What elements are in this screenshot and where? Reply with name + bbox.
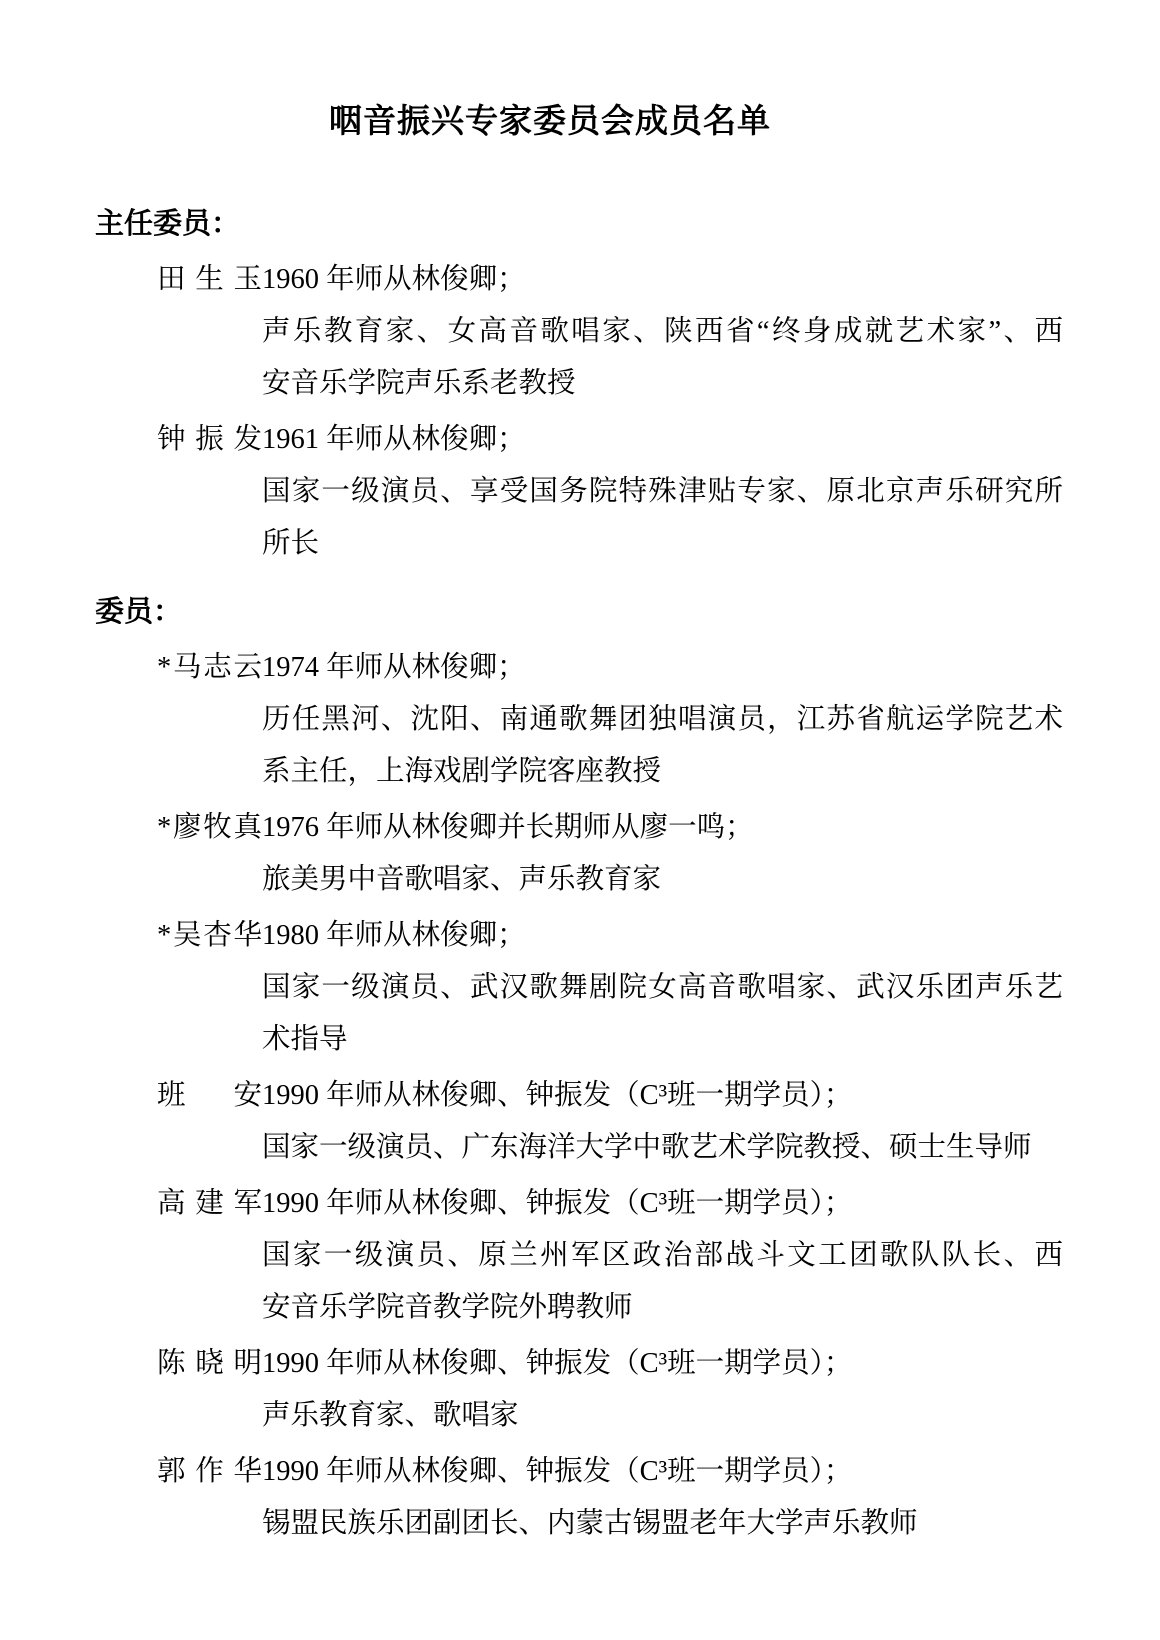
member-description-line: 安音乐学院声乐系老教授 bbox=[262, 358, 1063, 410]
member-description-line: 系主任，上海戏剧学院客座教授 bbox=[262, 746, 1063, 798]
committee-section: 委员： *马志云 1974 年师从林俊卿； 历任黑河、沈阳、南通歌舞团独唱演员，… bbox=[0, 586, 1160, 1550]
member-details: 1980 年师从林俊卿； 国家一级演员、武汉歌舞剧院女高音歌唱家、武汉乐团声乐艺… bbox=[262, 910, 1063, 1066]
member-name: *廖牧真 bbox=[157, 802, 262, 854]
member-study-line: 1990 年师从林俊卿、钟振发（C³班一期学员）； bbox=[262, 1446, 1063, 1498]
member-description-line: 国家一级演员、广东海洋大学中歌艺术学院教授、硕士生导师 bbox=[262, 1122, 1063, 1174]
member-name: 郭作华 bbox=[157, 1446, 262, 1498]
member-study-line: 1990 年师从林俊卿、钟振发（C³班一期学员）； bbox=[262, 1178, 1063, 1230]
member-details: 1960 年师从林俊卿； 声乐教育家、女高音歌唱家、陕西省“终身成就艺术家”、西… bbox=[262, 254, 1063, 410]
member-entry: *马志云 1974 年师从林俊卿； 历任黑河、沈阳、南通歌舞团独唱演员，江苏省航… bbox=[157, 642, 1160, 798]
member-description-line: 国家一级演员、武汉歌舞剧院女高音歌唱家、武汉乐团声乐艺 bbox=[262, 962, 1063, 1014]
member-study-line: 1961 年师从林俊卿； bbox=[262, 414, 1063, 466]
member-description-line: 声乐教育家、歌唱家 bbox=[262, 1390, 1063, 1442]
member-entry: 郭作华 1990 年师从林俊卿、钟振发（C³班一期学员）； 锡盟民族乐团副团长、… bbox=[157, 1446, 1160, 1550]
member-description-line: 声乐教育家、女高音歌唱家、陕西省“终身成就艺术家”、西 bbox=[262, 306, 1063, 358]
member-description-line: 国家一级演员、享受国务院特殊津贴专家、原北京声乐研究所 bbox=[262, 466, 1063, 518]
member-name: 田生玉 bbox=[157, 254, 262, 306]
committee-section: 主任委员： 田生玉 1960 年师从林俊卿； 声乐教育家、女高音歌唱家、陕西省“… bbox=[0, 198, 1160, 570]
member-description-line: 所长 bbox=[262, 518, 1063, 570]
member-study-line: 1976 年师从林俊卿并长期师从廖一鸣； bbox=[262, 802, 1063, 854]
member-study-line: 1974 年师从林俊卿； bbox=[262, 642, 1063, 694]
member-name: 高建军 bbox=[157, 1178, 262, 1230]
page-title: 咽音振兴专家委员会成员名单 bbox=[0, 0, 1100, 140]
member-name: *马志云 bbox=[157, 642, 262, 694]
member-study-line: 1980 年师从林俊卿； bbox=[262, 910, 1063, 962]
member-description-line: 旅美男中音歌唱家、声乐教育家 bbox=[262, 854, 1063, 906]
member-description-line: 国家一级演员、原兰州军区政治部战斗文工团歌队队长、西 bbox=[262, 1230, 1063, 1282]
member-entry: *吴杏华 1980 年师从林俊卿； 国家一级演员、武汉歌舞剧院女高音歌唱家、武汉… bbox=[157, 910, 1160, 1066]
document-page: 咽音振兴专家委员会成员名单 主任委员： 田生玉 1960 年师从林俊卿； 声乐教… bbox=[0, 0, 1160, 1640]
member-description-line: 术指导 bbox=[262, 1014, 1063, 1066]
member-entry: 陈晓明 1990 年师从林俊卿、钟振发（C³班一期学员）； 声乐教育家、歌唱家 bbox=[157, 1338, 1160, 1442]
member-details: 1974 年师从林俊卿； 历任黑河、沈阳、南通歌舞团独唱演员，江苏省航运学院艺术… bbox=[262, 642, 1063, 798]
member-details: 1990 年师从林俊卿、钟振发（C³班一期学员）； 国家一级演员、广东海洋大学中… bbox=[262, 1070, 1063, 1174]
member-entry: 班 安 1990 年师从林俊卿、钟振发（C³班一期学员）； 国家一级演员、广东海… bbox=[157, 1070, 1160, 1174]
member-details: 1990 年师从林俊卿、钟振发（C³班一期学员）； 声乐教育家、歌唱家 bbox=[262, 1338, 1063, 1442]
section-entries: 田生玉 1960 年师从林俊卿； 声乐教育家、女高音歌唱家、陕西省“终身成就艺术… bbox=[0, 254, 1160, 570]
member-details: 1961 年师从林俊卿； 国家一级演员、享受国务院特殊津贴专家、原北京声乐研究所… bbox=[262, 414, 1063, 570]
member-name: 班 安 bbox=[157, 1070, 262, 1122]
section-entries: *马志云 1974 年师从林俊卿； 历任黑河、沈阳、南通歌舞团独唱演员，江苏省航… bbox=[0, 642, 1160, 1550]
member-description-line: 锡盟民族乐团副团长、内蒙古锡盟老年大学声乐教师 bbox=[262, 1498, 1063, 1550]
member-name: 陈晓明 bbox=[157, 1338, 262, 1390]
member-description-line: 历任黑河、沈阳、南通歌舞团独唱演员，江苏省航运学院艺术 bbox=[262, 694, 1063, 746]
member-name: 钟振发 bbox=[157, 414, 262, 466]
member-entry: *廖牧真 1976 年师从林俊卿并长期师从廖一鸣； 旅美男中音歌唱家、声乐教育家 bbox=[157, 802, 1160, 906]
member-study-line: 1990 年师从林俊卿、钟振发（C³班一期学员）； bbox=[262, 1070, 1063, 1122]
member-entry: 田生玉 1960 年师从林俊卿； 声乐教育家、女高音歌唱家、陕西省“终身成就艺术… bbox=[157, 254, 1160, 410]
member-name: *吴杏华 bbox=[157, 910, 262, 962]
member-list: 主任委员： 田生玉 1960 年师从林俊卿； 声乐教育家、女高音歌唱家、陕西省“… bbox=[0, 198, 1160, 1550]
member-study-line: 1990 年师从林俊卿、钟振发（C³班一期学员）； bbox=[262, 1338, 1063, 1390]
section-header: 主任委员： bbox=[95, 198, 1160, 250]
member-description-line: 安音乐学院音教学院外聘教师 bbox=[262, 1282, 1063, 1334]
section-header: 委员： bbox=[95, 586, 1160, 638]
member-details: 1990 年师从林俊卿、钟振发（C³班一期学员）； 锡盟民族乐团副团长、内蒙古锡… bbox=[262, 1446, 1063, 1550]
member-entry: 钟振发 1961 年师从林俊卿； 国家一级演员、享受国务院特殊津贴专家、原北京声… bbox=[157, 414, 1160, 570]
member-details: 1990 年师从林俊卿、钟振发（C³班一期学员）； 国家一级演员、原兰州军区政治… bbox=[262, 1178, 1063, 1334]
member-entry: 高建军 1990 年师从林俊卿、钟振发（C³班一期学员）； 国家一级演员、原兰州… bbox=[157, 1178, 1160, 1334]
member-details: 1976 年师从林俊卿并长期师从廖一鸣； 旅美男中音歌唱家、声乐教育家 bbox=[262, 802, 1063, 906]
member-study-line: 1960 年师从林俊卿； bbox=[262, 254, 1063, 306]
